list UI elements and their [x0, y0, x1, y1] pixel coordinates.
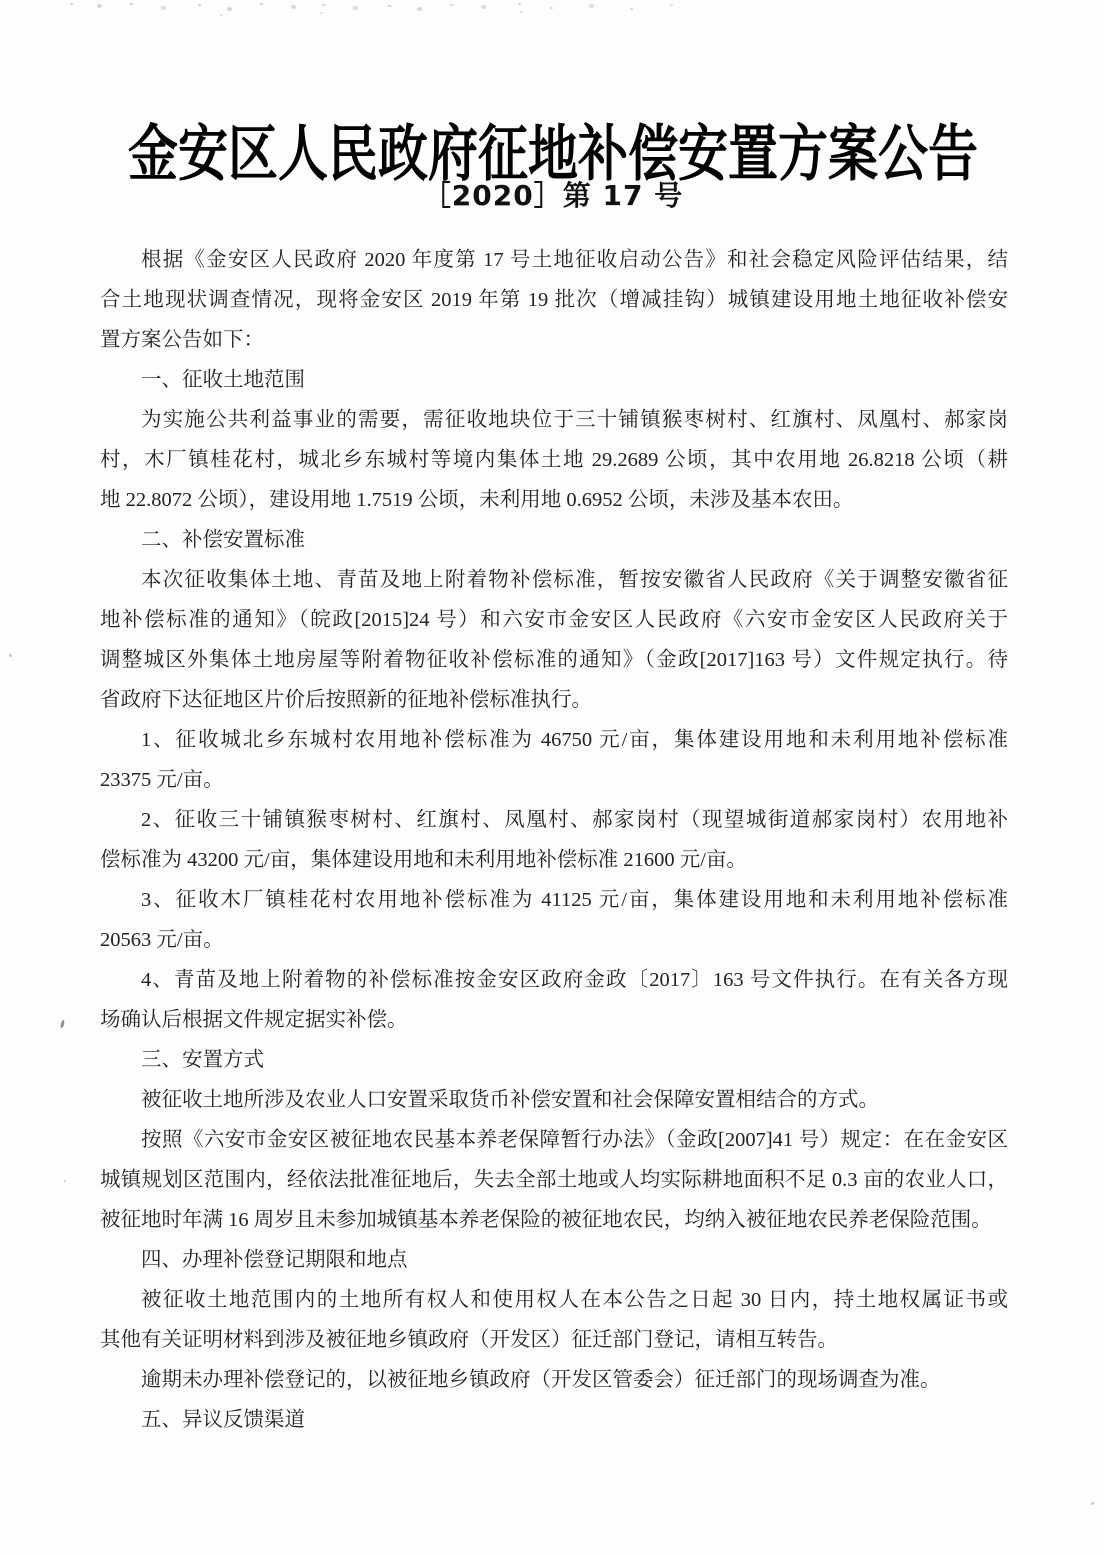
section-heading: 五、异议反馈渠道: [100, 1400, 1008, 1440]
section-heading: 三、安置方式: [100, 1040, 1008, 1080]
section-heading: 一、征收土地范围: [100, 360, 1008, 400]
text-line: 2、征收三十铺镇猴枣树村、红旗村、凤凰村、郝家岗村（现望城街道郝家岗村）农用地补: [100, 800, 1008, 840]
text-line: 被征收土地范围内的土地所有权人和使用权人在本公告之日起 30 日内，持土地权属证…: [100, 1280, 1008, 1320]
text-line: 按照《六安市金安区被征地农民基本养老保障暂行办法》（金政[2007]41 号）规…: [100, 1120, 1008, 1160]
text-line: 偿标准为 43200 元/亩，集体建设用地和未利用地补偿标准 21600 元/亩…: [100, 840, 1008, 880]
text-line: 3、征收木厂镇桂花村农用地补偿标准为 41125 元/亩，集体建设用地和未利用地…: [100, 880, 1008, 920]
text-line: 省政府下达征地区片价后按照新的征地补偿标准执行。: [100, 680, 1008, 720]
text-line: 逾期未办理补偿登记的，以被征地乡镇政府（开发区管委会）征迁部门的现场调查为准。: [100, 1360, 1008, 1400]
document-number: ［2020］第 17 号: [0, 178, 1106, 214]
text-line: 被征地时年满 16 周岁且未参加城镇基本养老保险的被征地农民，均纳入被征地农民养…: [100, 1200, 1008, 1240]
text-line: 二、补偿安置标准: [100, 520, 1008, 560]
scan-speck: [9, 654, 12, 657]
scan-speck: [1091, 1502, 1094, 1505]
body-paragraph: 本次征收集体土地、青苗及地上附着物补偿标准，暂按安徽省人民政府《关于调整安徽省征…: [100, 560, 1008, 720]
text-line: 三、安置方式: [100, 1040, 1008, 1080]
body-paragraph: 4、青苗及地上附着物的补偿标准按金安区政府金政〔2017〕163 号文件执行。在…: [100, 960, 1008, 1040]
text-line: 城镇规划区范围内，经依法批准征地后，失去全部土地或人均实际耕地面积不足 0.3 …: [100, 1160, 1008, 1200]
text-line: 一、征收土地范围: [100, 360, 1008, 400]
text-line: 合土地现状调查情况，现将金安区 2019 年第 19 批次（增减挂钩）城镇建设用…: [100, 280, 1008, 320]
text-line: 20563 元/亩。: [100, 920, 1008, 960]
section-heading: 二、补偿安置标准: [100, 520, 1008, 560]
body-paragraph: 被征收土地范围内的土地所有权人和使用权人在本公告之日起 30 日内，持土地权属证…: [100, 1280, 1008, 1360]
text-line: 地补偿标准的通知》（皖政[2015]24 号）和六安市金安区人民政府《六安市金安…: [100, 600, 1008, 640]
text-line: 地 22.8072 公顷），建设用地 1.7519 公顷，未利用地 0.6952…: [100, 480, 1008, 520]
document-body: 根据《金安区人民政府 2020 年度第 17 号土地征收启动公告》和社会稳定风险…: [100, 240, 1008, 1440]
text-line: 其他有关证明材料到涉及被征地乡镇政府（开发区）征迁部门登记，请相互转告。: [100, 1320, 1008, 1360]
text-line: 场确认后根据文件规定据实补偿。: [100, 1000, 1008, 1040]
text-line: 本次征收集体土地、青苗及地上附着物补偿标准，暂按安徽省人民政府《关于调整安徽省征: [100, 560, 1008, 600]
text-line: 四、办理补偿登记期限和地点: [100, 1240, 1008, 1280]
scan-noise-artifact: [70, 3, 73, 5]
body-paragraph: 被征收土地所涉及农业人口安置采取货币补偿安置和社会保障安置相结合的方式。: [100, 1080, 1008, 1120]
text-line: 村，木厂镇桂花村，城北乡东城村等境内集体土地 29.2689 公顷，其中农用地 …: [100, 440, 1008, 480]
scan-speck: [60, 1020, 65, 1028]
text-line: 1、征收城北乡东城村农用地补偿标准为 46750 元/亩，集体建设用地和未利用地…: [100, 720, 1008, 760]
body-paragraph: 为实施公共利益事业的需要，需征收地块位于三十铺镇猴枣树村、红旗村、凤凰村、郝家岗…: [100, 400, 1008, 520]
body-paragraph: 根据《金安区人民政府 2020 年度第 17 号土地征收启动公告》和社会稳定风险…: [100, 240, 1008, 360]
body-paragraph: 按照《六安市金安区被征地农民基本养老保障暂行办法》（金政[2007]41 号）规…: [100, 1120, 1008, 1240]
body-paragraph: 3、征收木厂镇桂花村农用地补偿标准为 41125 元/亩，集体建设用地和未利用地…: [100, 880, 1008, 960]
section-heading: 四、办理补偿登记期限和地点: [100, 1240, 1008, 1280]
document-page: 金安区人民政府征地补偿安置方案公告 ［2020］第 17 号 根据《金安区人民政…: [0, 0, 1106, 1556]
text-line: 23375 元/亩。: [100, 760, 1008, 800]
text-line: 被征收土地所涉及农业人口安置采取货币补偿安置和社会保障安置相结合的方式。: [100, 1080, 1008, 1120]
text-line: 根据《金安区人民政府 2020 年度第 17 号土地征收启动公告》和社会稳定风险…: [100, 240, 1008, 280]
text-line: 4、青苗及地上附着物的补偿标准按金安区政府金政〔2017〕163 号文件执行。在…: [100, 960, 1008, 1000]
text-line: 置方案公告如下：: [100, 320, 1008, 360]
text-line: 调整城区外集体土地房屋等附着物征收补偿标准的通知》（金政[2017]163 号）…: [100, 640, 1008, 680]
text-line: 为实施公共利益事业的需要，需征收地块位于三十铺镇猴枣树村、红旗村、凤凰村、郝家岗: [100, 400, 1008, 440]
text-line: 五、异议反馈渠道: [100, 1400, 1008, 1440]
scan-speck: [64, 1180, 66, 1182]
body-paragraph: 逾期未办理补偿登记的，以被征地乡镇政府（开发区管委会）征迁部门的现场调查为准。: [100, 1360, 1008, 1400]
body-paragraph: 2、征收三十铺镇猴枣树村、红旗村、凤凰村、郝家岗村（现望城街道郝家岗村）农用地补…: [100, 800, 1008, 880]
body-paragraph: 1、征收城北乡东城村农用地补偿标准为 46750 元/亩，集体建设用地和未利用地…: [100, 720, 1008, 800]
